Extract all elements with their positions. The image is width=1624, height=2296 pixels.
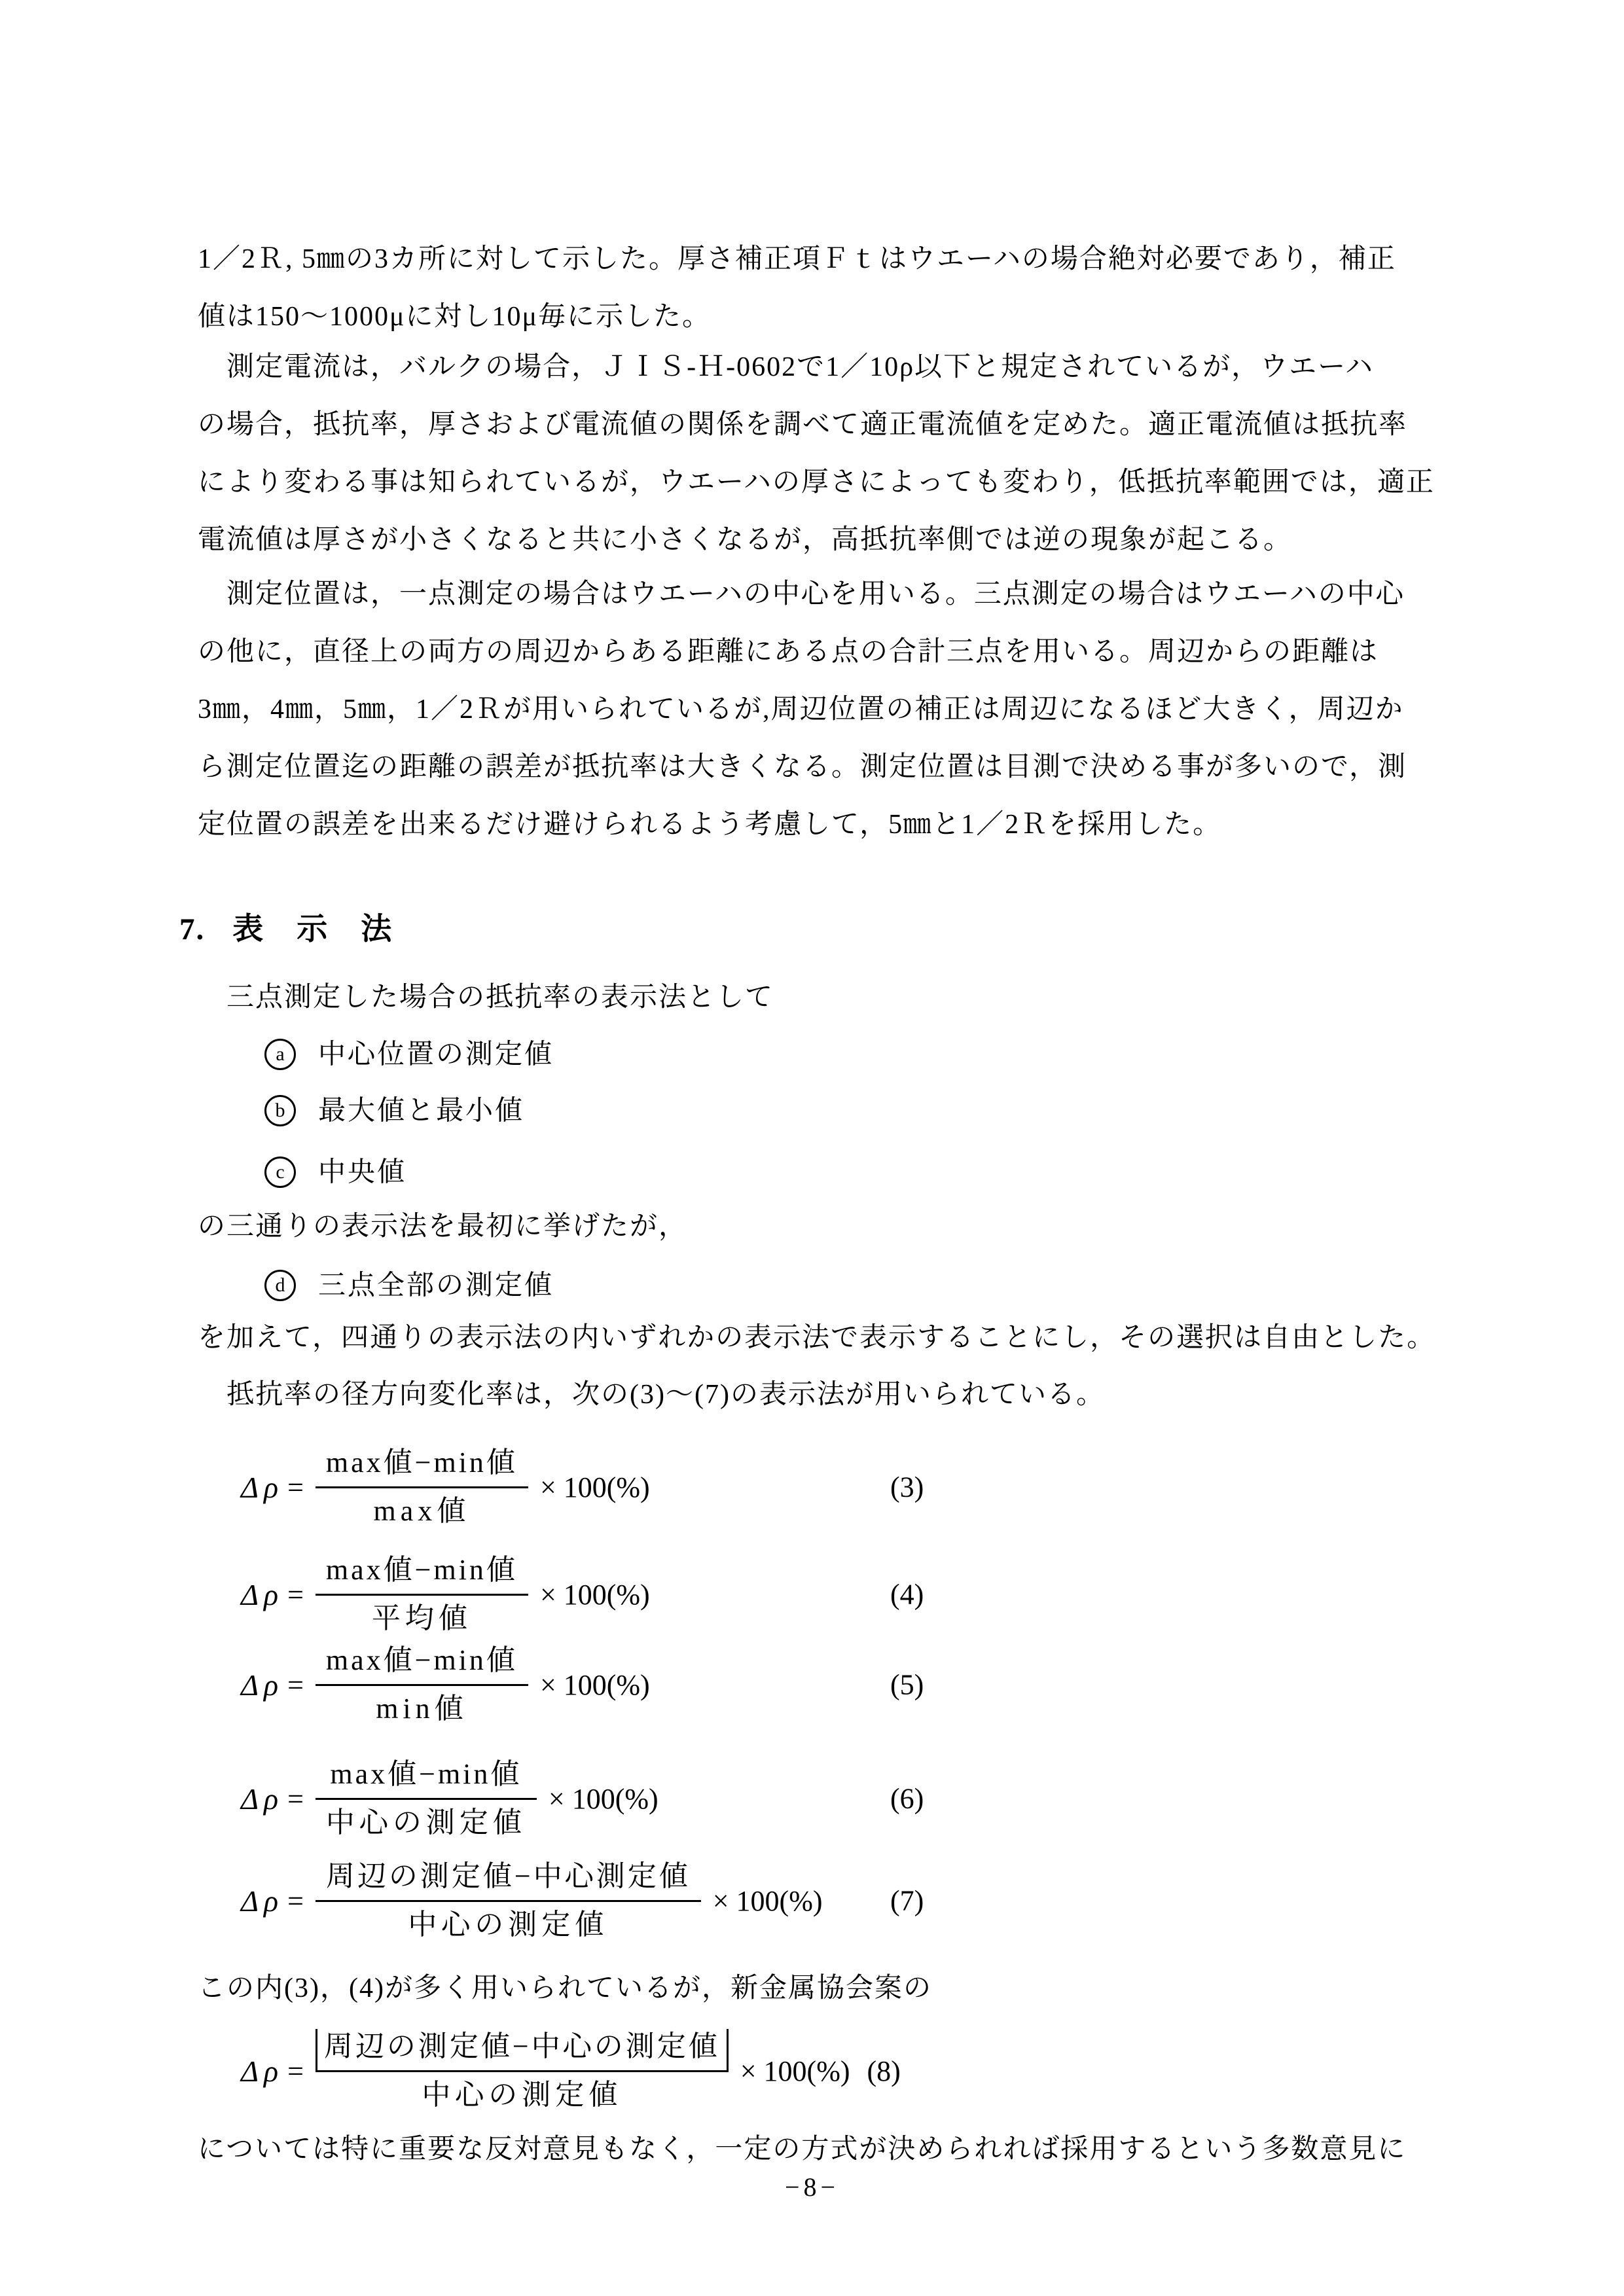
fraction-denominator: 中心の測定値 [316,1800,537,1841]
list-item-a: a中心位置の測定値 [264,1024,554,1081]
fraction-numerator: max値−min値 [316,1552,528,1596]
fraction-denominator: 中心の測定値 [316,2072,729,2113]
formula-6: Δρ = max値−min値 中心の測定値 × 100(%) (6) [241,1757,659,1840]
multiplier: × 100(%) [540,1578,650,1611]
formula-label: (8) [867,2054,901,2088]
fraction: max値−min値 min値 [316,1643,528,1727]
text-line: 3㎜，4㎜，5㎜，1／2Ｒが用いられているが,周辺位置の補正は周辺になるほど大き… [198,681,1481,738]
fraction: max値−min値 平均値 [316,1552,528,1636]
list-item-c: c中央値 [264,1141,406,1199]
fraction-numerator: max値−min値 [316,1445,528,1488]
multiplier: × 100(%) [713,1884,823,1918]
formula-label: (3) [890,1471,924,1504]
paragraph-1: 1／2Ｒ, 5㎜の3カ所に対して示した。厚さ補正項Ｆｔはウエーハの場合絶対必要で… [198,230,1481,346]
multiplier: × 100(%) [549,1782,659,1816]
circled-letter-b: b [264,1095,296,1126]
delta-rho-symbol: Δρ [241,1577,283,1612]
closing-line: については特に重要な反対意見もなく，一定の方式が決められれば採用するという多数意… [198,2121,1406,2178]
text-line: 測定位置は，一点測定の場合はウエーハの中心を用いる。三点測定の場合はウエーハの中… [198,565,1481,623]
text-line: 定位置の誤差を出来るだけ避けられるよう考慮して，5㎜と1／2Ｒを採用した。 [198,796,1481,853]
text-after-abc: の三通りの表示法を最初に挙げたが， [198,1198,687,1255]
delta-rho-symbol: Δρ [241,1470,283,1505]
section-title: 表 示 法 [232,912,393,946]
section-heading: 7.表 示 法 [179,901,393,958]
fraction-denominator: min値 [316,1686,528,1727]
fraction-numerator: max値−min値 [316,1643,528,1686]
fraction-denominator: 中心の測定値 [316,1902,701,1943]
formula-4: Δρ = max値−min値 平均値 × 100(%) (4) [241,1552,650,1636]
text-line: 値は150～1000μに対し10μ毎に示した。 [198,288,1481,346]
list-item-d: d三点全部の測定値 [264,1255,554,1312]
formula-label: (4) [890,1578,924,1611]
formula-label: (5) [890,1668,924,1702]
text-line: により変わる事は知られているが，ウエーハの厚さによっても変わり，低抵抗率範囲では… [198,454,1481,511]
list-item-b: b最大値と最小値 [264,1080,524,1138]
formula-3: Δρ = max値−min値 max値 × 100(%) (3) [241,1445,650,1529]
fraction-numerator: max値−min値 [316,1757,537,1800]
text-line: 測定電流は，バルクの場合，ＪＩＳ-Ｈ-0602で1／10ρ以下と規定されているが… [198,338,1481,396]
text-after-d: を加えて，四通りの表示法の内いずれかの表示法で表示することにし，その選択は自由と… [198,1309,1435,1367]
section-intro: 三点測定した場合の抵抗率の表示法として [198,969,774,1026]
circled-letter-a: a [264,1039,296,1070]
fraction-denominator: 平均値 [316,1596,528,1637]
fraction: max値−min値 max値 [316,1445,528,1529]
text-line: 電流値は厚さが小さくなると共に小さくなるが，高抵抗率側では逆の現象が起こる。 [198,511,1481,569]
formulas-intro: 抵抗率の径方向変化率は，次の(3)～(7)の表示法が用いられている。 [198,1366,1105,1424]
section-number: 7. [179,912,205,946]
list-item-text: 最大値と最小値 [318,1096,524,1126]
delta-rho-symbol: Δρ [241,1668,283,1702]
circled-letter-c: c [264,1157,296,1188]
equals-sign: = [287,1578,304,1611]
list-item-text: 中心位置の測定値 [318,1039,554,1069]
equals-sign: = [287,1884,304,1918]
equals-sign: = [287,1668,304,1702]
fraction: 周辺の測定値−中心測定値 中心の測定値 [316,1859,701,1943]
formula-7: Δρ = 周辺の測定値−中心測定値 中心の測定値 × 100(%) (7) [241,1859,823,1943]
formula-8: Δρ = 周辺の測定値−中心の測定値 中心の測定値 × 100(%) (8) [241,2029,901,2113]
paragraph-2: 測定電流は，バルクの場合，ＪＩＳ-Ｈ-0602で1／10ρ以下と規定されているが… [198,338,1481,569]
text-line: の他に，直径上の両方の周辺からある距離にある点の合計三点を用いる。周辺からの距離… [198,623,1481,681]
delta-rho-symbol: Δρ [241,1782,283,1816]
document-page: 1／2Ｒ, 5㎜の3カ所に対して示した。厚さ補正項Ｆｔはウエーハの場合絶対必要で… [0,0,1624,2296]
paragraph-3: 測定位置は，一点測定の場合はウエーハの中心を用いる。三点測定の場合はウエーハの中… [198,565,1481,853]
delta-rho-symbol: Δρ [241,1884,283,1918]
circled-letter-d: d [264,1270,296,1301]
fraction: 周辺の測定値−中心の測定値 中心の測定値 [316,2029,729,2113]
equals-sign: = [287,1782,304,1816]
delta-rho-symbol: Δρ [241,2054,283,2089]
list-item-text: 三点全部の測定値 [318,1270,554,1300]
text-line: の場合，抵抗率，厚さおよび電流値の関係を調べて適正電流値を定めた。適正電流値は抵… [198,396,1481,454]
formula-label: (6) [890,1782,924,1816]
fraction-numerator: 周辺の測定値−中心測定値 [316,1859,701,1902]
text-line: 1／2Ｒ, 5㎜の3カ所に対して示した。厚さ補正項Ｆｔはウエーハの場合絶対必要で… [198,230,1481,288]
formula-5: Δρ = max値−min値 min値 × 100(%) (5) [241,1643,650,1727]
fraction-numerator-abs: 周辺の測定値−中心の測定値 [316,2029,729,2072]
multiplier: × 100(%) [740,2054,850,2088]
multiplier: × 100(%) [540,1471,650,1504]
text-between-formulas: この内(3)，(4)が多く用いられているが，新金属協会案の [198,1960,932,2017]
equals-sign: = [287,2054,304,2088]
multiplier: × 100(%) [540,1668,650,1702]
fraction: max値−min値 中心の測定値 [316,1757,537,1840]
formula-label: (7) [890,1884,924,1918]
fraction-denominator: max値 [316,1488,528,1530]
page-number: −8− [0,2172,1624,2202]
list-item-text: 中央値 [318,1157,406,1187]
text-line: ら測定位置迄の距離の誤差が抵抗率は大きくなる。測定位置は目測で決める事が多いので… [198,738,1481,796]
equals-sign: = [287,1471,304,1504]
